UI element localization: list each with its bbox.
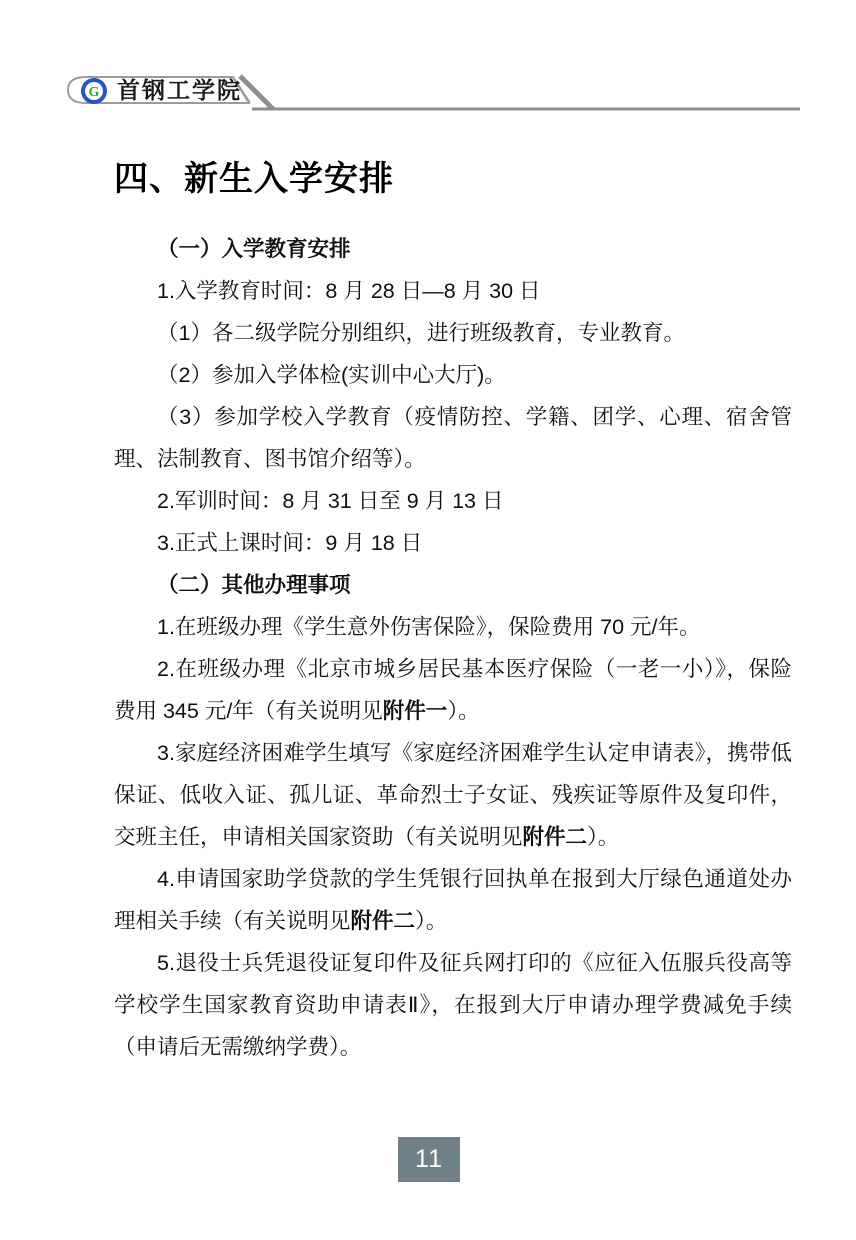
emphasis-text: 附件一 (383, 699, 448, 723)
text-run: 4.申请国家助学贷款的学生凭银行回执单在报到大厅绿色通道处办理相关手续（有关说明… (114, 867, 792, 933)
paragraph: 4.申请国家助学贷款的学生凭银行回执单在报到大厅绿色通道处办理相关手续（有关说明… (114, 858, 792, 942)
paragraph: （2）参加入学体检(实训中心大厅)。 (114, 354, 792, 396)
page-title: 四、新生入学安排 (114, 158, 792, 200)
text-run: ）。 (415, 909, 447, 933)
paragraph: 3.家庭经济困难学生填写《家庭经济困难学生认定申请表》，携带低保证、低收入证、孤… (114, 732, 792, 858)
paragraph: 1.入学教育时间：8 月 28 日—8 月 30 日 (114, 270, 792, 312)
page-header: G 首钢工学院 (0, 0, 856, 120)
text-run: ）。 (447, 699, 479, 723)
text-run: 5.退役士兵凭退役证复印件及征兵网打印的《应征入伍服兵役高等学校学生国家教育资助… (114, 951, 792, 1059)
text-run: 3.正式上课时间：9 月 18 日 (157, 531, 422, 555)
document-body: （一）入学教育安排1.入学教育时间：8 月 28 日—8 月 30 日（1）各二… (114, 228, 792, 1068)
school-name: 首钢工学院 (117, 77, 242, 105)
text-run: 1.在班级办理《学生意外伤害保险》，保险费用 70 元/年。 (157, 615, 701, 639)
text-run: 1.入学教育时间：8 月 28 日—8 月 30 日 (157, 279, 541, 303)
paragraph: （1）各二级学院分别组织，进行班级教育，专业教育。 (114, 312, 792, 354)
text-run: （3）参加学校入学教育（疫情防控、学籍、团学、心理、宿舍管理、法制教育、图书馆介… (114, 405, 792, 471)
document-content: 四、新生入学安排 （一）入学教育安排1.入学教育时间：8 月 28 日—8 月 … (114, 158, 792, 1068)
svg-text:G: G (89, 85, 100, 100)
section-heading: （二）其他办理事项 (114, 564, 792, 606)
text-run: 3.家庭经济困难学生填写《家庭经济困难学生认定申请表》，携带低保证、低收入证、孤… (114, 741, 792, 849)
text-run: 2.军训时间：8 月 31 日至 9 月 13 日 (157, 489, 504, 513)
section-heading: （一）入学教育安排 (114, 228, 792, 270)
document-page: G 首钢工学院 四、新生入学安排 （一）入学教育安排1.入学教育时间：8 月 2… (0, 0, 856, 1240)
brand: G 首钢工学院 (80, 78, 242, 104)
text-run: （1）各二级学院分别组织，进行班级教育，专业教育。 (157, 321, 685, 345)
paragraph: （3）参加学校入学教育（疫情防控、学籍、团学、心理、宿舍管理、法制教育、图书馆介… (114, 396, 792, 480)
paragraph: 1.在班级办理《学生意外伤害保险》，保险费用 70 元/年。 (114, 606, 792, 648)
school-logo-icon: G (80, 77, 108, 105)
emphasis-text: 附件二 (351, 909, 416, 933)
emphasis-text: 附件二 (523, 825, 588, 849)
text-run: （2）参加入学体检(实训中心大厅)。 (157, 363, 506, 387)
text-run: （二）其他办理事项 (157, 573, 351, 597)
text-run: （一）入学教育安排 (157, 237, 351, 261)
paragraph: 2.在班级办理《北京市城乡居民基本医疗保险（一老一小）》，保险费用 345 元/… (114, 648, 792, 732)
paragraph: 5.退役士兵凭退役证复印件及征兵网打印的《应征入伍服兵役高等学校学生国家教育资助… (114, 942, 792, 1068)
text-run: ）。 (587, 825, 619, 849)
paragraph: 3.正式上课时间：9 月 18 日 (114, 522, 792, 564)
page-number-badge: 11 (398, 1137, 460, 1182)
paragraph: 2.军训时间：8 月 31 日至 9 月 13 日 (114, 480, 792, 522)
